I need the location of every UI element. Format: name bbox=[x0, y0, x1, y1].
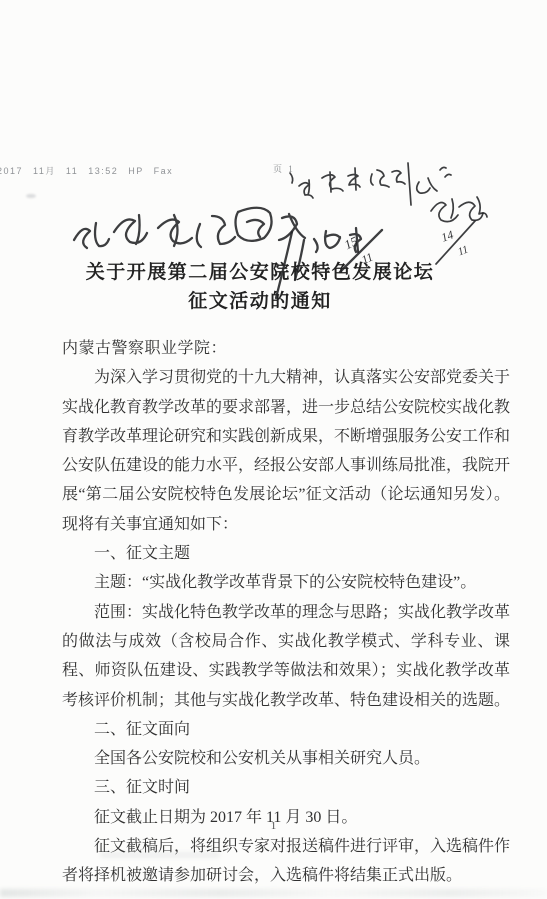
paragraph: 为深入学习贯彻党的十九大精神，认真落实公安部党委关于实战化教育教学改革的要求部署… bbox=[62, 363, 510, 539]
paragraph: 主题：“实战化教学改革背景下的公安院校特色建设”。 bbox=[62, 568, 510, 597]
scan-pencil-mark bbox=[26, 194, 36, 198]
handwritten-signature: 14 11 bbox=[431, 197, 487, 264]
handwritten-date-11a: 11 bbox=[456, 244, 470, 259]
document-title-line1: 关于开展第二届公安院校特色发展论坛 bbox=[30, 258, 490, 287]
document-body: 内蒙古警察职业学院：为深入学习贯彻党的十九大精神，认真落实公安部党委关于实战化教… bbox=[62, 334, 510, 891]
handwritten-date-14: 14 bbox=[439, 227, 455, 244]
document-title: 关于开展第二届公安院校特色发展论坛 征文活动的通知 bbox=[30, 258, 490, 316]
fax-timestamp: 2017 11月 11 13:52 HP Fax bbox=[0, 164, 173, 177]
scanned-document-page: 2017 11月 11 13:52 HP Fax 页 1 关于开展第二届公安院校… bbox=[0, 0, 547, 899]
handwritten-note-top-right bbox=[290, 163, 451, 205]
section-heading: 二、征文面向 bbox=[62, 715, 510, 744]
salutation: 内蒙古警察职业学院： bbox=[62, 334, 510, 363]
section-heading: 一、征文主题 bbox=[62, 539, 510, 568]
section-heading: 三、征文时间 bbox=[62, 773, 510, 802]
paragraph: 范围：实战化特色教学改革的理念与思路；实战化教学改革的做法与成效（含校局合作、实… bbox=[62, 598, 510, 715]
fax-page-indicator: 页 1 bbox=[273, 162, 295, 175]
paragraph: 全国各公安院校和公安机关从事相关研究人员。 bbox=[62, 744, 510, 773]
handwritten-date-15: 15 bbox=[342, 233, 361, 252]
page-number: 1 bbox=[0, 820, 547, 832]
paragraph: 征文截稿后，将组织专家对报送稿件进行评审，入选稿件作者将择机被邀请参加研讨会，入… bbox=[62, 832, 510, 891]
document-title-line2: 征文活动的通知 bbox=[30, 287, 490, 316]
